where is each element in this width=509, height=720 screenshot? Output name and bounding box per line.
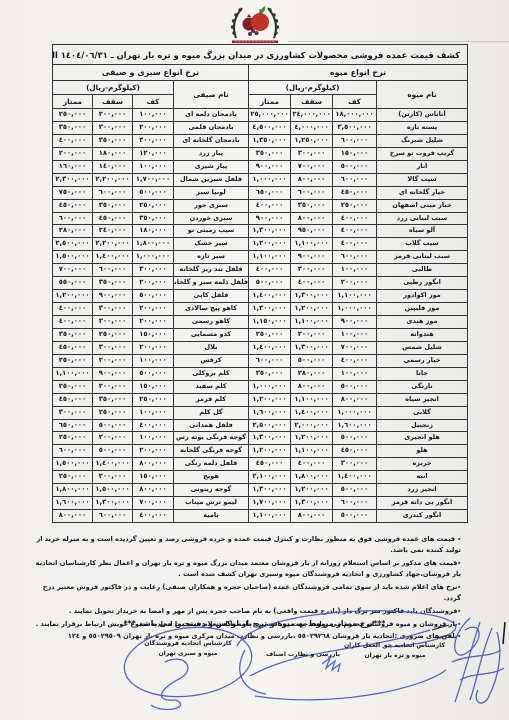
- veg-premium-cell: ٤٥٠,٠٠٠: [52, 199, 92, 212]
- fruit-premium-cell: ١,٦٠٠,٠٠٠: [249, 406, 291, 419]
- veg-floor-cell: ٢٠٠,٠٠٠: [133, 445, 174, 458]
- fruit-ceiling-cell: ١,٢٠٠,٠٠٠: [291, 303, 333, 316]
- fruit-unit-header: (کیلوگرم-ریال): [249, 81, 377, 95]
- fruit-ceiling-cell: ١,١٠٠,٠٠٠: [291, 445, 333, 458]
- fruit-ceiling-cell: ٢,٠٠٠,٠٠٠: [291, 419, 333, 432]
- veg-premium-cell: ٦٠٠,٠٠٠: [52, 212, 92, 225]
- veg-ceiling-cell: ٢٠٠,٠٠٠: [93, 432, 133, 445]
- table-row: موز هندی٩٠٠,٠٠٠١,١٠٠,٠٠٠١,١٥٠,٠٠٠کاهو رس…: [52, 316, 467, 329]
- table-row: شلیل شبرنگ٦٠٠,٠٠٠١,٢٥٠,٠٠٠١,٣٥٠,٠٠٠بادمج…: [52, 134, 467, 147]
- veg-floor-cell: ١٥٠,٠٠٠: [133, 380, 174, 393]
- veg-name-cell: فلفل دلمه رنگی: [174, 458, 249, 471]
- fruit-name-cell: انجیر زرد: [377, 484, 468, 497]
- fruit-ceiling-cell: ١,٢٠٠,٠٠٠: [291, 432, 333, 445]
- fruit-premium-cell: ٢,١٠٠,٠٠٠: [249, 471, 291, 484]
- veg-name-cell: بادمجان دلمه ای: [174, 109, 249, 122]
- table-row: پسته تازه٣,٥٠٠,٠٠٠٤,٠٠٠,٠٠٠٤,٥٠٠,٠٠٠بادم…: [52, 121, 467, 134]
- fruit-name-cell: انگور رطبی: [377, 277, 468, 290]
- fruit-premium-cell: ١,٣٠٠,٠٠٠: [249, 303, 291, 316]
- veg-ceiling-header: سقف: [93, 95, 133, 109]
- fruit-premium-cell: ١,٧٠٠,٠٠٠: [249, 497, 291, 510]
- table-row: خربزه٣٠٠,٠٠٠٤٠٠,٠٠٠٤٥٠,٠٠٠فلفل دلمه رنگی…: [52, 458, 467, 471]
- fruit-premium-cell: ١,٤٠٠,٠٠٠: [249, 341, 291, 354]
- fruit-name-cell: سیب لبنانی زرد: [377, 212, 468, 225]
- veg-premium-cell: ٢٥٠,٠٠٠: [52, 380, 92, 393]
- fruit-premium-cell: ١,٣٠٠,٠٠٠: [249, 484, 291, 497]
- table-row: خیار رسمی٤٠٠,٠٠٠٥٠٠,٠٠٠٦٠٠,٠٠٠کرفس١٠٠,٠٠…: [52, 354, 467, 367]
- veg-name-cell: بامیه: [174, 510, 249, 523]
- fruit-name-cell: شلیل شبرنگ: [377, 134, 468, 147]
- veg-floor-cell: ٢٠٠,٠٠٠: [133, 341, 174, 354]
- veg-ceiling-cell: ٦٠٠,٠٠٠: [93, 510, 133, 523]
- fruit-ceiling-cell: ١,٣٠٠,٠٠٠: [291, 497, 333, 510]
- veg-ceiling-cell: ٥٠٠,٠٠٠: [93, 419, 133, 432]
- fruit-ceiling-cell: ٩٠٠,٠٠٠: [291, 251, 333, 264]
- veg-name-cell: فلفل همدانی: [174, 419, 249, 432]
- fruit-floor-cell: ٦٠٠,٠٠٠: [333, 173, 377, 186]
- veg-ceiling-cell: ٦٠٠,٠٠٠: [93, 264, 133, 277]
- fruit-premium-cell: ١,٤٠٠,٠٠٠: [249, 290, 291, 303]
- veg-floor-cell: ٥٠٠,٠٠٠: [133, 186, 174, 199]
- table-row: جانا١٠٠,٠٠٠٢٨٠,٠٠٠٣٥٠,٠٠٠کلم بروکلی٥٠٠,٠…: [52, 367, 467, 380]
- fruit-name-cell: پسته تازه: [377, 121, 468, 134]
- fruit-ceiling-cell: ١,٨٠٠,٠٠٠: [291, 471, 333, 484]
- veg-floor-cell: ١,٨٠٠,٠٠٠: [133, 238, 174, 251]
- fruit-premium-cell: ٦٥٠,٠٠٠: [249, 186, 291, 199]
- veg-premium-cell: ١,٥٠٠,٠٠٠: [52, 251, 92, 264]
- veg-floor-cell: ١٥٠,٠٠٠: [133, 328, 174, 341]
- footnote: ٭ قیمت های عمده فروشی فوق به منظور نظارت…: [33, 534, 461, 557]
- veg-name-cell: سیر خشک: [174, 238, 249, 251]
- fruit-name-cell: آناناس (کارتن): [377, 109, 468, 122]
- fruit-premium-cell: ٣٥٠,٠٠٠: [249, 147, 291, 160]
- fruit-floor-cell: ٤٠٠,٠٠٠: [333, 238, 377, 251]
- fruit-floor-cell: ٤٠٠,٠٠٠: [333, 225, 377, 238]
- fruit-ceiling-cell: ٤٠٠,٠٠٠: [291, 458, 333, 471]
- fruit-name-cell: خیار مینی اصفهان: [377, 199, 468, 212]
- fruit-ceiling-cell: ٦٠٠,٠٠٠: [291, 186, 333, 199]
- fruit-premium-cell: ٥٠٠,٠٠٠: [249, 277, 291, 290]
- veg-floor-cell: ٢٠٠,٠٠٠: [133, 316, 174, 329]
- fruit-ceiling-cell: ١,٣٠٠,٠٠٠: [291, 341, 333, 354]
- fruit-premium-cell: ١,٣٠٠,٠٠٠: [249, 432, 291, 445]
- fruit-premium-cell: ٢٥٠,٠٠٠: [249, 328, 291, 341]
- fruit-ceiling-cell: ٨٠٠,٠٠٠: [291, 380, 333, 393]
- price-table-body: آناناس (کارتن)١٨,٠٠٠,٠٠٠٢٤,٠٠٠,٠٠٠٢٥,٠٠٠…: [52, 109, 467, 523]
- table-row: گریپ فروت تو سرخ١٥٠,٠٠٠٣٠٠,٠٠٠٣٥٠,٠٠٠پیا…: [52, 147, 467, 160]
- fruit-premium-cell: ٤٠٠,٠٠٠: [249, 264, 291, 277]
- veg-name-cell: سیب زمینی نو: [174, 225, 249, 238]
- fruit-ceiling-cell: ١,٣٠٠,٠٠٠: [291, 290, 333, 303]
- fruit-name-cell: آلو سیاه: [377, 225, 468, 238]
- veg-floor-cell: ٢٥٠,٠٠٠: [133, 199, 174, 212]
- veg-premium-cell: ٤٠٠,٠٠٠: [52, 303, 92, 316]
- fruit-name-cell: هلو انجیری: [377, 432, 468, 445]
- fruit-floor-cell: ٥٠٠,٠٠٠: [333, 380, 377, 393]
- veg-premium-cell: ٤٥٠,٠٠٠: [52, 341, 92, 354]
- veg-premium-cell: ٤٠٠,٠٠٠: [52, 316, 92, 329]
- veg-premium-cell: ٢,٣٠٠,٠٠٠: [52, 173, 92, 186]
- veg-ceiling-cell: ٢,٢٠٠,٠٠٠: [93, 173, 133, 186]
- fruit-floor-cell: ١,٤٠٠,٠٠٠: [333, 471, 377, 484]
- veg-premium-header: ممتاز: [52, 95, 92, 109]
- veg-name-cell: گوجه فرنگی گلخانه: [174, 445, 249, 458]
- signature-caption-commission-agents-union: کارشناس اتحادیه حق العمل کاران میوه و تر…: [345, 641, 445, 660]
- veg-premium-cell: ١٦٠,٠٠٠: [52, 160, 92, 173]
- veg-premium-cell: ٢٥٠,٠٠٠: [52, 471, 92, 484]
- fruit-ceiling-cell: ١,١٠٠,٠٠٠: [291, 238, 333, 251]
- fruit-name-cell: سیب لبنانی قرمز: [377, 251, 468, 264]
- veg-premium-cell: ١,٦٠٠,٠٠٠: [52, 497, 92, 510]
- veg-premium-cell: ٣٥٠,٠٠٠: [52, 328, 92, 341]
- header-separator-line: [288, 41, 509, 42]
- fruit-premium-cell: ١,٠٠٠,٠٠٠: [249, 173, 291, 186]
- veg-floor-cell: ١٠٠,٠٠٠: [133, 354, 174, 367]
- veg-name-cell: سیر تازه: [174, 251, 249, 264]
- table-row: انگور رطبی٢٠٠,٠٠٠٤٠٠,٠٠٠٥٠٠,٠٠٠فلفل دلمه…: [52, 277, 467, 290]
- veg-floor-cell: ٤٠٠,٠٠٠: [133, 419, 174, 432]
- fruit-name-cell: انگور کندری: [377, 510, 468, 523]
- fruit-floor-cell: ٤٠٠,٠٠٠: [333, 212, 377, 225]
- fruit-premium-cell: ١,٠٠٠,٠٠٠: [249, 380, 291, 393]
- footnote: ٭قیمت های مذکور بر اساس استعلام روزانه ا…: [33, 558, 461, 581]
- veg-floor-cell: ١٠٠,٠٠٠: [133, 406, 174, 419]
- fruit-union-emblem-logo: [222, 2, 288, 44]
- fruit-floor-cell: ١,٠٠٠,٠٠٠: [333, 303, 377, 316]
- fruit-premium-header: ممتاز: [249, 95, 291, 109]
- fruit-floor-cell: ١٥٠,٠٠٠: [333, 147, 377, 160]
- fruit-name-cell: طالبی: [377, 264, 468, 277]
- veg-floor-cell: ٣٥٠,٠٠٠: [133, 212, 174, 225]
- table-row: انگور بی دانه قرمز٦٠٠,٠٠٠١,٣٠٠,٠٠٠١,٧٠٠,…: [52, 497, 467, 510]
- fruit-ceiling-cell: ٢٤,٠٠٠,٠٠٠: [291, 109, 333, 122]
- fruit-floor-cell: ١,٦٠٠,٠٠٠: [333, 419, 377, 432]
- fruit-name-cell: شلیل شمس: [377, 341, 468, 354]
- fruit-premium-cell: ٩٠٠,٠٠٠: [249, 212, 291, 225]
- fruit-floor-cell: ٦٠٠,٠٠٠: [333, 251, 377, 264]
- veg-ceiling-cell: ١,٥٠٠,٠٠٠: [93, 484, 133, 497]
- veg-name-cell: سبزی خوردن: [174, 212, 249, 225]
- veg-ceiling-cell: ٢٠٠,٠٠٠: [93, 380, 133, 393]
- fruit-ceiling-cell: ٨٠٠,٠٠٠: [291, 212, 333, 225]
- fruit-ceiling-cell: ٩٥٠,٠٠٠: [291, 225, 333, 238]
- veg-ceiling-cell: ٣٠٠,٠٠٠: [93, 316, 133, 329]
- fruit-name-column-header: نام میوه: [377, 81, 468, 109]
- veg-premium-cell: ٧٥٠,٠٠٠: [52, 186, 92, 199]
- veg-floor-header: کف: [133, 95, 174, 109]
- veg-floor-cell: ٨٠٠,٠٠٠: [133, 458, 174, 471]
- veg-premium-cell: ١,١٠٠,٠٠٠: [52, 367, 92, 380]
- veg-ceiling-cell: ١,٤٠٠,٠٠٠: [93, 458, 133, 471]
- fruit-floor-cell: ٤٥٠,٠٠٠: [333, 186, 377, 199]
- veg-ceiling-cell: ٩٠٠,٠٠٠: [93, 290, 133, 303]
- veg-floor-cell: ١٠٠,٠٠٠: [133, 109, 174, 122]
- veg-premium-cell: ٢٥٠,٠٠٠: [52, 109, 92, 122]
- veg-ceiling-cell: ٣٥٠,٠٠٠: [93, 134, 133, 147]
- veg-name-cell: بادمجان گلخانه ای: [174, 134, 249, 147]
- veg-name-cell: فلفل کاپی: [174, 290, 249, 303]
- veg-floor-cell: ٣٠٠,٠٠٠: [133, 264, 174, 277]
- veg-floor-cell: ١٢٠,٠٠٠: [133, 147, 174, 160]
- fruit-premium-cell: ٢,٥٠٠,٠٠٠: [249, 419, 291, 432]
- table-row: شلیل شمس٧٠٠,٠٠٠١,٣٠٠,٠٠٠١,٤٠٠,٠٠٠بلال٢٠٠…: [52, 341, 467, 354]
- veg-name-cell: کاهو پیچ سالادی: [174, 303, 249, 316]
- table-row: آناناس (کارتن)١٨,٠٠٠,٠٠٠٢٤,٠٠٠,٠٠٠٢٥,٠٠٠…: [52, 109, 467, 122]
- veg-floor-cell: ٥٠٠,٠٠٠: [133, 290, 174, 303]
- fruit-floor-cell: ١٠٠,٠٠٠: [333, 328, 377, 341]
- table-row: انجیر زرد٥٠٠,٠٠٠١,٢٠٠,٠٠٠١,٣٠٠,٠٠٠گوجه ز…: [52, 484, 467, 497]
- fruit-premium-cell: ٤٠٠,٠٠٠: [249, 199, 291, 212]
- fruit-ceiling-header: سقف: [291, 95, 333, 109]
- table-row: سیب گالا٦٠٠,٠٠٠٨٠٠,٠٠٠١,٠٠٠,٠٠٠فلفل شیری…: [52, 173, 467, 186]
- table-row: موز فلیپین١,٠٠٠,٠٠٠١,٢٠٠,٠٠٠١,٣٠٠,٠٠٠کاه…: [52, 303, 467, 316]
- fruit-premium-cell: ٣٥٠,٠٠٠: [249, 367, 291, 380]
- veg-name-cell: پیاز شیری: [174, 160, 249, 173]
- fruit-premium-cell: ١,٢٠٠,٠٠٠: [249, 393, 291, 406]
- fruit-name-cell: گلابی: [377, 406, 468, 419]
- price-table: کشف قیمت عمده فروشی محصولات کشاورزی در م…: [52, 44, 468, 523]
- veg-name-cell: بلال: [174, 341, 249, 354]
- veg-floor-cell: ٣٠٠,٠٠٠: [133, 134, 174, 147]
- veg-ceiling-cell: ٥٠٠,٠٠٠: [93, 445, 133, 458]
- fruit-name-cell: خیار رسمی: [377, 354, 468, 367]
- fruit-ceiling-cell: ١,١٠٠,٠٠٠: [291, 393, 333, 406]
- fruit-floor-cell: ١,٠٠٠,٠٠٠: [333, 406, 377, 419]
- veg-name-cell: کاهو رسمی: [174, 316, 249, 329]
- fruit-name-cell: انار: [377, 160, 468, 173]
- veg-name-column-header: نام صیفی: [174, 81, 249, 109]
- wreath-fruit-emblem-icon: [222, 2, 288, 44]
- fruit-name-cell: گریپ فروت تو سرخ: [377, 147, 468, 160]
- fruit-premium-cell: ١,٢٠٠,٠٠٠: [249, 445, 291, 458]
- veg-name-cell: کلم بروکلی: [174, 367, 249, 380]
- veg-premium-cell: ١,٥٠٠,٠٠٠: [52, 458, 92, 471]
- fruit-floor-cell: ٦٠٠,٠٠٠: [333, 134, 377, 147]
- veg-unit-header: (کیلوگرم-ریال): [52, 81, 173, 95]
- fruit-name-cell: زنجبیل: [377, 419, 468, 432]
- fruit-premium-cell: ٤٥٠,٠٠٠: [249, 458, 291, 471]
- veg-premium-cell: ٤٠٠,٠٠٠: [52, 134, 92, 147]
- fruit-name-cell: موز فلیپین: [377, 303, 468, 316]
- veg-ceiling-cell: ٢٥٠,٠٠٠: [93, 406, 133, 419]
- table-row: سیب گلاب٤٠٠,٠٠٠١,١٠٠,٠٠٠١,٢٠٠,٠٠٠سیر خشک…: [52, 238, 467, 251]
- fruit-name-cell: انبه: [377, 471, 468, 484]
- fruit-floor-cell: ٢٠٠,٠٠٠: [333, 277, 377, 290]
- veg-floor-cell: ١٠٠,٠٠٠: [133, 432, 174, 445]
- fruit-premium-cell: ١,٢٠٠,٠٠٠: [249, 238, 291, 251]
- veg-floor-cell: ٢٥٠,٠٠٠: [133, 393, 174, 406]
- fruit-ceiling-cell: ٣٠٠,٠٠٠: [291, 147, 333, 160]
- veg-ceiling-cell: ١٨٠,٠٠٠: [93, 147, 133, 160]
- veg-ceiling-cell: ٣٠٠,٠٠٠: [93, 121, 133, 134]
- table-row: هلو٤٥٠,٠٠٠١,١٠٠,٠٠٠١,٢٠٠,٠٠٠گوجه فرنگی گ…: [52, 445, 467, 458]
- veg-ceiling-cell: ١,٤٠٠,٠٠٠: [93, 251, 133, 264]
- table-row: هلو انجیری٥٠٠,٠٠٠١,٢٠٠,٠٠٠١,٣٠٠,٠٠٠گوجه …: [52, 432, 467, 445]
- fruit-floor-cell: ٣,٥٠٠,٠٠٠: [333, 121, 377, 134]
- fruit-floor-cell: ٤٥٠,٠٠٠: [333, 445, 377, 458]
- fruit-ceiling-cell: ٧٠٠,٠٠٠: [291, 160, 333, 173]
- fruit-floor-cell: ٥٠٠,٠٠٠: [333, 510, 377, 523]
- veg-floor-cell: ٧٠٠,٠٠٠: [133, 497, 174, 510]
- fruit-floor-cell: ٥٠٠,٠٠٠: [333, 432, 377, 445]
- veg-name-cell: کلم سفید: [174, 380, 249, 393]
- fruit-premium-cell: ٩٠٠,٠٠٠: [249, 160, 291, 173]
- fruit-name-cell: سیب گالا: [377, 173, 468, 186]
- veg-ceiling-cell: ٢٠٠,٠٠٠: [93, 109, 133, 122]
- veg-premium-cell: ١,٨٠٠,٠٠٠: [52, 484, 92, 497]
- fruit-ceiling-cell: ٢٨٠,٠٠٠: [291, 367, 333, 380]
- fruit-premium-cell: ٦٠٠,٠٠٠: [249, 354, 291, 367]
- veg-premium-cell: ٦٥٠,٠٠٠: [52, 419, 92, 432]
- fruit-name-cell: هلو: [377, 445, 468, 458]
- veg-name-cell: گل کلم: [174, 406, 249, 419]
- fruit-name-cell: موز هندی: [377, 316, 468, 329]
- fruit-floor-cell: ١٠٠,٠٠٠: [333, 264, 377, 277]
- veg-premium-cell: ١,٢٠٠,٠٠٠: [52, 290, 92, 303]
- veg-ceiling-cell: ٢,٢٠٠,٠٠٠: [93, 238, 133, 251]
- veg-ceiling-cell: ٤٥٠,٠٠٠: [93, 212, 133, 225]
- fruit-floor-cell: ١٠٠,٠٠٠: [333, 367, 377, 380]
- veg-name-cell: سبزی جور: [174, 199, 249, 212]
- veg-name-cell: گوجه زیتونی: [174, 484, 249, 497]
- veg-section-header: نرخ انواع سبزی و صیفی: [52, 65, 248, 81]
- fruit-ceiling-cell: ١,١٠٠,٠٠٠: [291, 316, 333, 329]
- veg-name-cell: هویج: [174, 471, 249, 484]
- veg-ceiling-cell: ٣٥٠,٠٠٠: [93, 393, 133, 406]
- veg-name-cell: کلم قرمز: [174, 393, 249, 406]
- veg-ceiling-cell: ٣٥٠,٠٠٠: [93, 199, 133, 212]
- veg-name-cell: لیمو ترش میناب: [174, 497, 249, 510]
- signatures-ink-layer: [0, 600, 509, 720]
- veg-premium-cell: ٧٠٠,٠٠٠: [52, 264, 92, 277]
- veg-floor-cell: ١٨٠,٠٠٠: [133, 225, 174, 238]
- fruit-ceiling-cell: ٤,٠٠٠,٠٠٠: [291, 121, 333, 134]
- fruit-floor-cell: ٧٠٠,٠٠٠: [333, 341, 377, 354]
- table-row: آلو سیاه٤٠٠,٠٠٠٩٥٠,٠٠٠١,٣٠٠,٠٠٠سیب زمینی…: [52, 225, 467, 238]
- veg-floor-cell: ٤٠٠,٠٠٠: [133, 510, 174, 523]
- fruit-floor-cell: ٥٠٠,٠٠٠: [333, 160, 377, 173]
- veg-premium-cell: ٢٠٠,٠٠٠: [52, 147, 92, 160]
- table-row: انجیر سیاه٨٠٠,٠٠٠١,١٠٠,٠٠٠١,٢٠٠,٠٠٠کلم ق…: [52, 393, 467, 406]
- fruit-premium-cell: ٤,٥٠٠,٠٠٠: [249, 121, 291, 134]
- fruit-section-header: نرخ انواع میوه: [249, 65, 468, 81]
- fruit-premium-cell: ١,١٠٠,٠٠٠: [249, 510, 291, 523]
- veg-ceiling-cell: ٦٠٠,٠٠٠: [93, 186, 133, 199]
- table-row: انبه١,٤٠٠,٠٠٠١,٨٠٠,٠٠٠٢,١٠٠,٠٠٠هویج١٥٠,٠…: [52, 471, 467, 484]
- table-row: انگور کندری٥٠٠,٠٠٠٨٠٠,٠٠٠١,١٠٠,٠٠٠بامیه٤…: [52, 510, 467, 523]
- veg-premium-cell: ٢٥٠,٠٠٠: [52, 354, 92, 367]
- fruit-floor-cell: ٨٠٠,٠٠٠: [333, 393, 377, 406]
- fruit-name-cell: انگور بی دانه قرمز: [377, 497, 468, 510]
- table-row: خیار گلخانه ای٤٥٠,٠٠٠٦٠٠,٠٠٠٦٥٠,٠٠٠لوبیا…: [52, 186, 467, 199]
- fruit-floor-cell: ١٨,٠٠٠,٠٠٠: [333, 109, 377, 122]
- fruit-name-cell: نارنگی: [377, 380, 468, 393]
- veg-floor-cell: ٢٠٠,٠٠٠: [133, 121, 174, 134]
- fruit-ceiling-cell: ٨٠٠,٠٠٠: [291, 173, 333, 186]
- veg-premium-cell: ٦٠٠,٠٠٠: [52, 445, 92, 458]
- fruit-premium-cell: ١,٣٠٠,٠٠٠: [249, 225, 291, 238]
- fruit-ceiling-cell: ١,٢٠٠,٠٠٠: [291, 484, 333, 497]
- veg-premium-cell: ٢٥٠,٠٠٠: [52, 432, 92, 445]
- document-title: کشف قیمت عمده فروشی محصولات کشاورزی در م…: [52, 45, 467, 65]
- veg-floor-cell: ١٠٠,٠٠٠: [133, 160, 174, 173]
- veg-ceiling-cell: ٩٠٠,٠٠٠: [93, 367, 133, 380]
- fruit-floor-cell: ٩٠٠,٠٠٠: [333, 316, 377, 329]
- signature-caption-guild-inspection: بازرسی و نظارت اصناف: [276, 650, 340, 660]
- table-row: سیب لبنانی زرد٤٠٠,٠٠٠٨٠٠,٠٠٠٩٠٠,٠٠٠سبزی …: [52, 212, 467, 225]
- veg-name-cell: کدو مسمایی: [174, 328, 249, 341]
- veg-name-cell: لوبیا سبز: [174, 186, 249, 199]
- veg-floor-cell: ١٥٠,٠٠٠: [133, 471, 174, 484]
- veg-ceiling-cell: ٣٠٠,٠٠٠: [93, 303, 133, 316]
- table-row: سیب لبنانی قرمز٦٠٠,٠٠٠٩٠٠,٠٠٠١,١٠٠,٠٠٠سی…: [52, 251, 467, 264]
- fruit-ceiling-cell: ١,٢٥٠,٠٠٠: [291, 134, 333, 147]
- veg-ceiling-cell: ١,٣٠٠,٠٠٠: [93, 497, 133, 510]
- fruit-floor-cell: ١,١٠٠,٠٠٠: [333, 290, 377, 303]
- veg-floor-cell: ١,٧٠٠,٠٠٠: [133, 173, 174, 186]
- fruit-ceiling-cell: ٨٠٠,٠٠٠: [291, 510, 333, 523]
- veg-name-cell: کرفس: [174, 354, 249, 367]
- table-row: زنجبیل١,٦٠٠,٠٠٠٢,٠٠٠,٠٠٠٢,٥٠٠,٠٠٠فلفل هم…: [52, 419, 467, 432]
- signature-caption-sellers-union: کارشناس اتحادیه فروشندگان میوه و سبزی ته…: [140, 639, 236, 658]
- scanned-price-bulletin: کشف قیمت عمده فروشی محصولات کشاورزی در م…: [0, 0, 509, 720]
- fruit-ceiling-cell: ٣٥٠,٠٠٠: [291, 199, 333, 212]
- fruit-floor-cell: ٤٠٠,٠٠٠: [333, 354, 377, 367]
- fruit-floor-cell: ٦٠٠,٠٠٠: [333, 497, 377, 510]
- fruit-ceiling-cell: ٥٠٠,٠٠٠: [291, 354, 333, 367]
- fruit-premium-cell: ١,١٥٠,٠٠٠: [249, 316, 291, 329]
- fruit-floor-cell: ٣٠٠,٠٠٠: [333, 458, 377, 471]
- veg-floor-cell: ١,٠٠٠,٠٠٠: [133, 251, 174, 264]
- fruit-name-cell: خیار گلخانه ای: [377, 186, 468, 199]
- fruit-name-cell: جانا: [377, 367, 468, 380]
- fruit-premium-cell: ١,١٠٠,٠٠٠: [249, 251, 291, 264]
- fruit-premium-cell: ٢٥,٠٠٠,٠٠٠: [249, 109, 291, 122]
- fruit-floor-cell: ٢٥٠,٠٠٠: [333, 199, 377, 212]
- fruit-floor-cell: ٥٠٠,٠٠٠: [333, 484, 377, 497]
- veg-premium-cell: ٣٠٠,٠٠٠: [52, 406, 92, 419]
- veg-ceiling-cell: ١٤٠,٠٠٠: [93, 160, 133, 173]
- fruit-ceiling-cell: ٢٠٠,٠٠٠: [291, 328, 333, 341]
- veg-name-cell: بادمجان قلمی: [174, 121, 249, 134]
- fruit-name-cell: خربزه: [377, 458, 468, 471]
- veg-floor-cell: ٥٠٠,٠٠٠: [133, 367, 174, 380]
- fruit-name-cell: موز اکوادور: [377, 290, 468, 303]
- veg-premium-cell: ٤٥٠,٠٠٠: [52, 393, 92, 406]
- veg-name-cell: فلفل تند ریز گلخانه: [174, 264, 249, 277]
- veg-ceiling-cell: ٢٤٠,٠٠٠: [93, 225, 133, 238]
- table-row: طالبی١٠٠,٠٠٠٣٠٠,٠٠٠٤٠٠,٠٠٠فلفل تند ریز گ…: [52, 264, 467, 277]
- table-row: هندوانه١٠٠,٠٠٠٢٠٠,٠٠٠٢٥٠,٠٠٠کدو مسمایی١٥…: [52, 328, 467, 341]
- fruit-premium-cell: ١,٣٥٠,٠٠٠: [249, 134, 291, 147]
- table-row: انار٥٠٠,٠٠٠٧٠٠,٠٠٠٩٠٠,٠٠٠پیاز شیری١٠٠,٠٠…: [52, 160, 467, 173]
- fruit-ceiling-cell: ١,٤٠٠,٠٠٠: [291, 406, 333, 419]
- fruit-ceiling-cell: ٤٠٠,٠٠٠: [291, 277, 333, 290]
- table-row: موز اکوادور١,١٠٠,٠٠٠١,٣٠٠,٠٠٠١,٤٠٠,٠٠٠فل…: [52, 290, 467, 303]
- veg-name-cell: فلفل دلمه سبز و گلخانه: [174, 277, 249, 290]
- veg-premium-cell: ٥٥٠,٠٠٠: [52, 277, 92, 290]
- veg-floor-cell: ٨٠٠,٠٠٠: [133, 484, 174, 497]
- table-row: گلابی١,٠٠٠,٠٠٠١,٤٠٠,٠٠٠١,٦٠٠,٠٠٠گل کلم١٠…: [52, 406, 467, 419]
- veg-ceiling-cell: ٣٥٠,٠٠٠: [93, 277, 133, 290]
- table-row: نارنگی٥٠٠,٠٠٠٨٠٠,٠٠٠١,٠٠٠,٠٠٠کلم سفید١٥٠…: [52, 380, 467, 393]
- fruit-floor-header: کف: [333, 95, 377, 109]
- veg-floor-cell: ٢٠٠,٠٠٠: [133, 303, 174, 316]
- veg-name-cell: گوجه فرنگی بوته رس: [174, 432, 249, 445]
- veg-name-cell: پیاز زرد: [174, 147, 249, 160]
- veg-ceiling-cell: ٢٠٠,٠٠٠: [93, 471, 133, 484]
- fruit-name-cell: هندوانه: [377, 328, 468, 341]
